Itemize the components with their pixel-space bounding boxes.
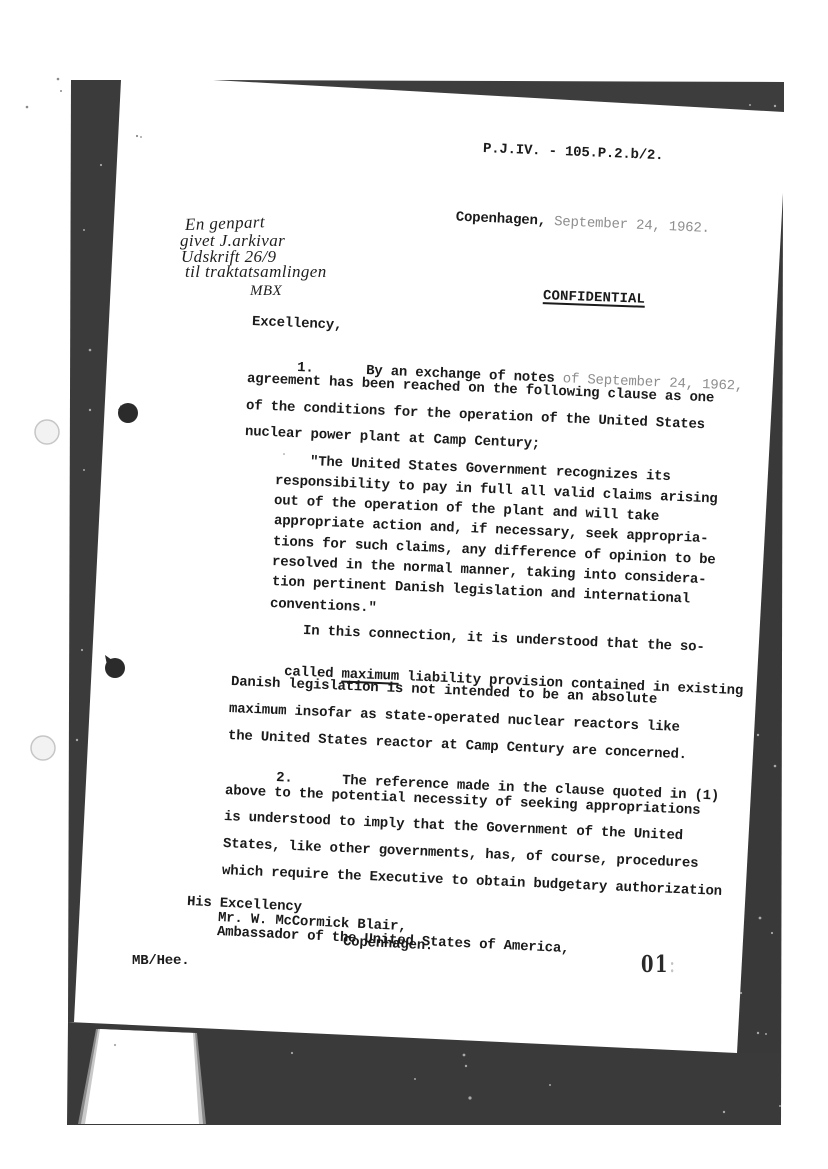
right-shadow-band xyxy=(737,193,783,1125)
handwritten-initials: MBX xyxy=(250,283,282,299)
scanned-document-page: P.J.IV. - 105.P.2.b/2. Copenhagen, Septe… xyxy=(0,0,828,1169)
classification-text: CONFIDENTIAL xyxy=(543,288,646,308)
typist-initials: MB/Hee. xyxy=(132,954,189,968)
page-stamp-number: 01 xyxy=(641,951,669,978)
punch-hole-lower xyxy=(31,736,55,760)
page-stamp: 01: xyxy=(641,953,677,977)
left-shadow-band xyxy=(68,80,121,1022)
page-stamp-faded-digit: : xyxy=(669,952,677,978)
quote-line: conventions." xyxy=(270,597,377,615)
classification-label: CONFIDENTIAL xyxy=(508,274,645,321)
bottom-light-patch xyxy=(85,1029,199,1124)
handwritten-line: til traktatsamlingen xyxy=(185,264,327,280)
date: September 24, 1962. xyxy=(554,214,710,237)
punch-hole-upper xyxy=(35,420,59,444)
salutation: Excellency, xyxy=(252,315,343,333)
top-shadow-band xyxy=(213,80,784,112)
addressee-city: Copenhagen. xyxy=(343,935,434,953)
place: Copenhagen, xyxy=(455,209,546,229)
